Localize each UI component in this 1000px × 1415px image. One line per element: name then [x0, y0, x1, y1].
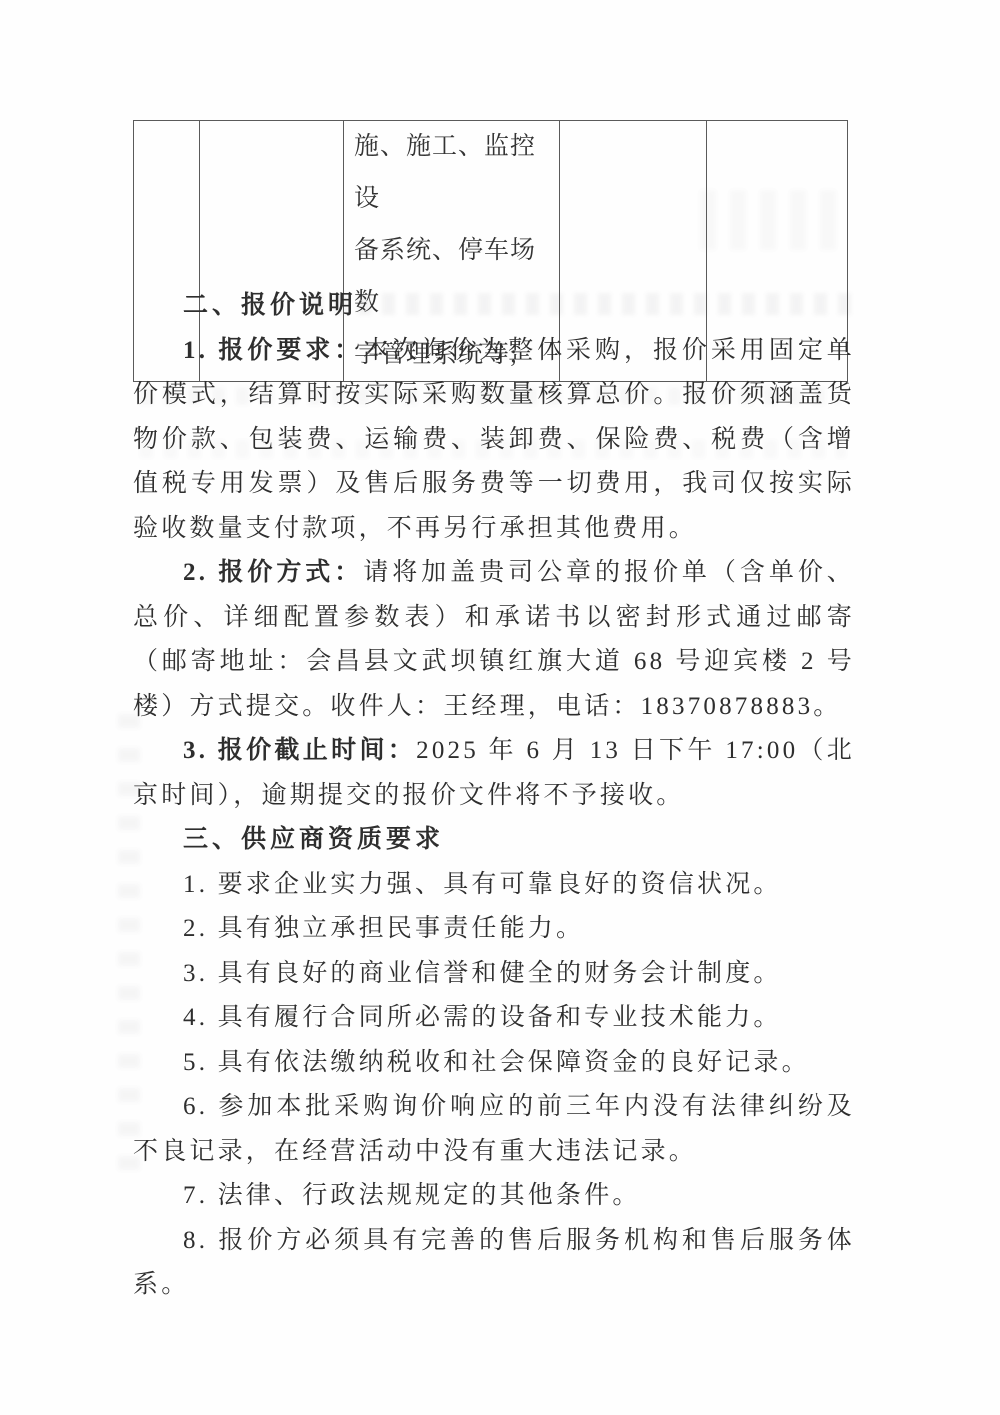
document-body: 二、报价说明 1. 报价要求：本次询价为整体采购，报价采用固定单价模式，结算时按…	[133, 284, 855, 1308]
paragraph-lead: 3. 报价截止时间：	[183, 737, 416, 764]
paragraph-quotation-method: 2. 报价方式：请将加盖贵司公章的报价单（含单价、总价、详细配置参数表）和承诺书…	[133, 551, 855, 729]
qualification-item-2: 2. 具有独立承担民事责任能力。	[133, 907, 855, 952]
qualification-item-1: 1. 要求企业实力强、具有可靠良好的资信状况。	[133, 863, 855, 908]
paragraph-lead: 2. 报价方式：	[183, 559, 363, 586]
qualification-item-5: 5. 具有依法缴纳税收和社会保障资金的良好记录。	[133, 1041, 855, 1086]
qualification-item-4: 4. 具有履行合同所必需的设备和专业技术能力。	[133, 996, 855, 1041]
section-heading-supplier-qualifications: 三、供应商资质要求	[133, 818, 855, 863]
qualification-item-6: 6. 参加本批采购询价响应的前三年内没有法律纠纷及不良记录，在经营活动中没有重大…	[133, 1085, 855, 1174]
paragraph-text: 本次询价为整体采购，报价采用固定单价模式，结算时按实际采购数量核算总价。报价须涵…	[133, 337, 855, 542]
qualification-item-8: 8. 报价方必须具有完善的售后服务机构和售后服务体系。	[133, 1219, 855, 1308]
qualification-item-3: 3. 具有良好的商业信誉和健全的财务会计制度。	[133, 952, 855, 997]
section-heading-quotation-notes: 二、报价说明	[133, 284, 855, 329]
qualification-item-7: 7. 法律、行政法规规定的其他条件。	[133, 1174, 855, 1219]
document-page: 施、施工、监控设 备系统、停车场数 字管理系统等; 二、报价说明 1. 报价要求…	[0, 0, 1000, 1415]
paragraph-quotation-deadline: 3. 报价截止时间：2025 年 6 月 13 日下午 17:00（北京时间），…	[133, 729, 855, 818]
paragraph-quotation-requirements: 1. 报价要求：本次询价为整体采购，报价采用固定单价模式，结算时按实际采购数量核…	[133, 329, 855, 552]
paragraph-lead: 1. 报价要求：	[183, 337, 363, 364]
